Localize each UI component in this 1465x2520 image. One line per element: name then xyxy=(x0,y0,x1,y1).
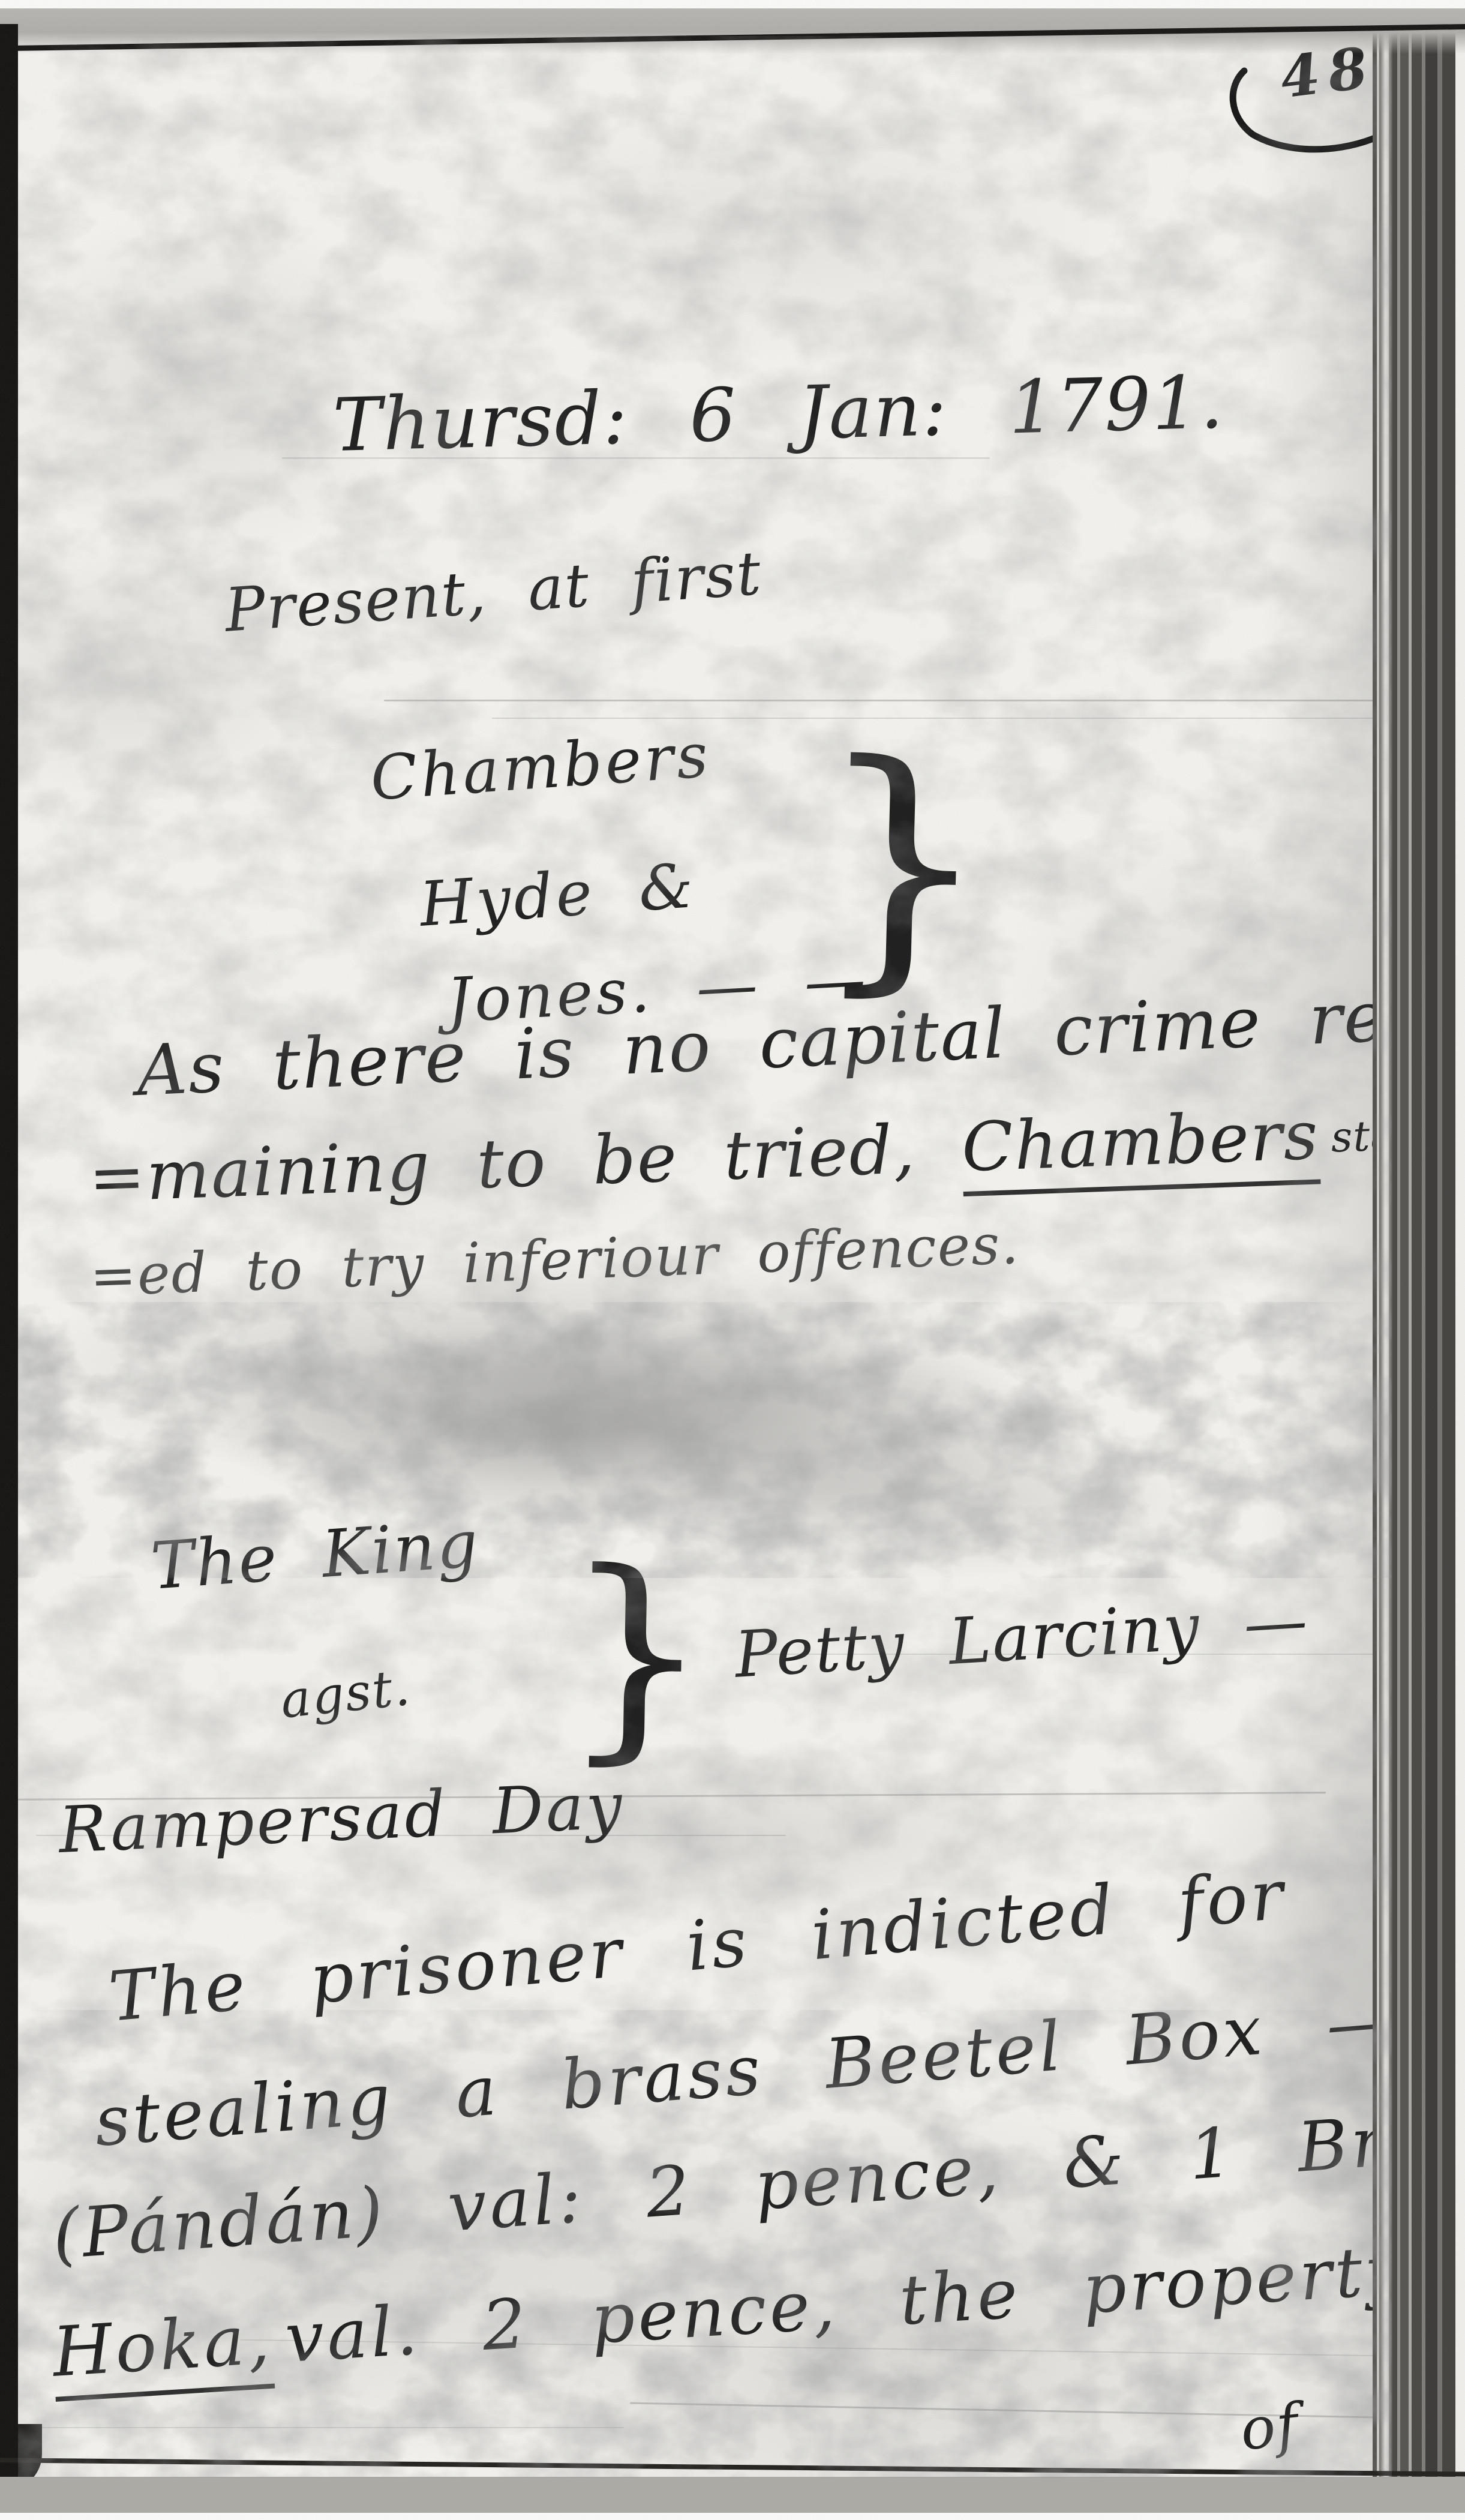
case-brace: } xyxy=(560,1542,713,1768)
scan-border-left xyxy=(0,24,18,2466)
underlined-word-hoka: Hoka, xyxy=(50,2299,275,2402)
scan-bed-top xyxy=(0,0,1465,8)
judge-name-hyde: Hyde & xyxy=(418,856,698,936)
binding-highlight xyxy=(1380,16,1393,2486)
case-versus: agst. xyxy=(278,1662,413,1726)
manuscript-scan: { "document": { "page_number": "481", "d… xyxy=(0,0,1465,2520)
scan-bed-right xyxy=(1455,0,1465,2520)
scan-bed-bottom xyxy=(0,2513,1465,2520)
ruled-line xyxy=(24,2427,624,2428)
catchword: of xyxy=(1238,2395,1302,2459)
ruled-line xyxy=(384,700,1392,701)
scan-border-bottom xyxy=(0,2477,1465,2514)
date-heading: Thursd: 6 Jan: 1791. xyxy=(332,365,1225,462)
judges-brace: } xyxy=(809,728,995,1000)
underlined-name-chambers: Chambers xyxy=(960,1096,1321,1196)
